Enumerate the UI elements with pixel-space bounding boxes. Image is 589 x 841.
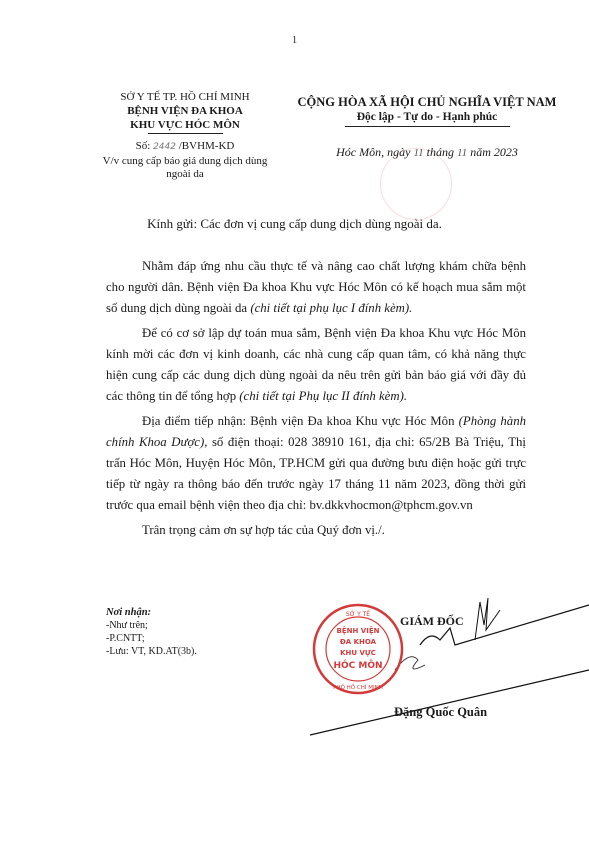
document-date: Hóc Môn, ngày 11 tháng 11 năm 2023: [282, 145, 572, 160]
doc-number-handwritten: 2442: [153, 142, 176, 152]
official-stamp: SỞ Y TẾ PHỐ HỒ CHÍ MINH BỆNH VIỆN ĐA KHO…: [312, 603, 404, 695]
signer-name: Đặng Quốc Quân: [394, 705, 487, 720]
svg-text:KHU VỰC: KHU VỰC: [340, 649, 376, 657]
org-name-line1: BỆNH VIỆN ĐA KHOA: [95, 104, 275, 118]
date-prefix: Hóc Môn, ngày: [336, 145, 410, 159]
paragraph: Nhằm đáp ứng nhu cầu thực tế và nâng cao…: [106, 256, 526, 319]
page-number: 1: [0, 34, 589, 46]
header-underline: [148, 133, 223, 134]
recipient-item: -P.CNTT;: [106, 632, 197, 645]
recipients-block: Nơi nhận: -Như trên; -P.CNTT; -Lưu: VT, …: [106, 606, 197, 658]
svg-text:SỞ Y TẾ: SỞ Y TẾ: [346, 610, 370, 618]
org-name-line2: KHU VỰC HÓC MÔN: [95, 118, 275, 132]
svg-text:ĐA KHOA: ĐA KHOA: [340, 638, 377, 646]
svg-text:BỆNH VIỆN: BỆNH VIỆN: [337, 626, 380, 635]
date-month-label: tháng: [427, 145, 454, 159]
national-header: CỘNG HÒA XÃ HỘI CHỦ NGHĨA VIỆT NAM Độc l…: [282, 95, 572, 127]
recipients-label: Nơi nhận:: [106, 606, 197, 619]
greeting: Kính gửi: Các đơn vị cung cấp dung dịch …: [0, 216, 589, 232]
national-title: CỘNG HÒA XÃ HỘI CHỦ NGHĨA VIỆT NAM: [282, 95, 572, 110]
recipient-item: -Như trên;: [106, 619, 197, 632]
document-number: Số: 2442 /BVHM-KD: [95, 140, 275, 152]
motto-underline: [345, 126, 510, 127]
signer-title: GIÁM ĐỐC: [400, 614, 464, 629]
date-month: 11: [457, 147, 467, 159]
doc-number-suffix: /BVHM-KD: [179, 140, 235, 152]
sender-header: SỞ Y TẾ TP. HỒ CHÍ MINH BỆNH VIỆN ĐA KHO…: [95, 90, 275, 138]
date-year: năm 2023: [470, 145, 518, 159]
paragraph: Để có cơ sở lập dự toán mua sắm, Bệnh vi…: [106, 323, 526, 407]
letter-body: Nhằm đáp ứng nhu cầu thực tế và nâng cao…: [106, 256, 526, 545]
svg-text:HÓC MÔN: HÓC MÔN: [333, 659, 382, 671]
paragraph: Địa điểm tiếp nhận: Bệnh viện Đa khoa Kh…: [106, 411, 526, 516]
paragraph: Trân trọng cảm ơn sự hợp tác của Quý đơn…: [106, 520, 526, 541]
doc-number-prefix: Số:: [136, 140, 151, 152]
svg-text:PHỐ HỒ CHÍ MINH: PHỐ HỒ CHÍ MINH: [333, 682, 383, 691]
recipient-item: -Lưu: VT, KD.AT(3b).: [106, 645, 197, 658]
document-subject: V/v cung cấp báo giá dung dịch dùng ngoà…: [100, 155, 270, 181]
department-name: SỞ Y TẾ TP. HỒ CHÍ MINH: [95, 90, 275, 104]
date-day: 11: [413, 147, 423, 159]
national-motto: Độc lập - Tự do - Hạnh phúc: [282, 111, 572, 123]
